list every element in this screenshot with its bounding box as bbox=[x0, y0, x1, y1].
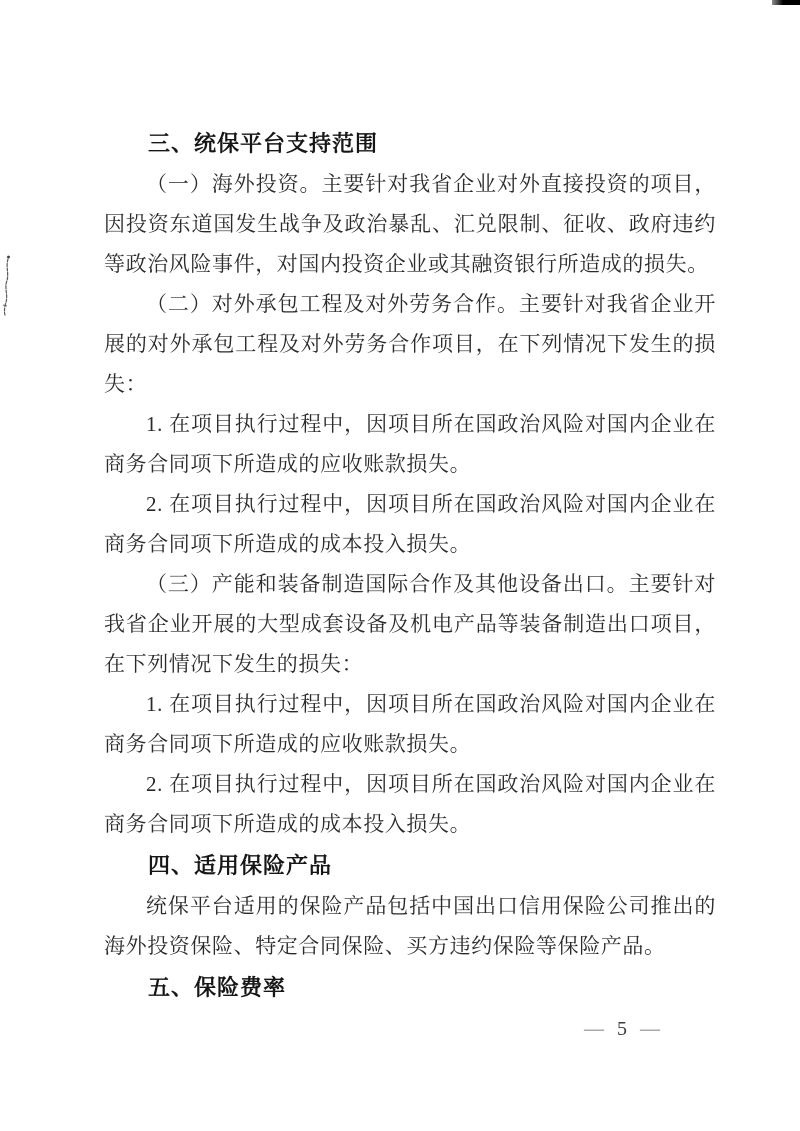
scan-artifact-pen-squiggle bbox=[1, 254, 15, 318]
section-heading-scope: 三、统保平台支持范围 bbox=[104, 124, 716, 164]
paragraph-insurance-products: 统保平台适用的保险产品包括中国出口信用保险公司推出的海外投资保险、特定合同保险、… bbox=[104, 886, 716, 966]
document-content: 三、统保平台支持范围 （一）海外投资。主要针对我省企业对外直接投资的项目，因投资… bbox=[104, 124, 716, 1008]
page-number-dash-left: — bbox=[584, 1020, 604, 1038]
paragraph-overseas-investment: （一）海外投资。主要针对我省企业对外直接投资的项目，因投资东道国发生战争及政治暴… bbox=[104, 164, 716, 284]
section-heading-insurance-products: 四、适用保险产品 bbox=[104, 846, 716, 886]
page-number-dash-right: — bbox=[640, 1020, 660, 1038]
list-item-equipment-1: 1. 在项目执行过程中，因项目所在国政治风险对国内企业在商务合同项下所造成的应收… bbox=[104, 684, 716, 764]
list-item-equipment-2: 2. 在项目执行过程中，因项目所在国政治风险对国内企业在商务合同项下所造成的成本… bbox=[104, 764, 716, 844]
paragraph-contracting-labor: （二）对外承包工程及对外劳务合作。主要针对我省企业开展的对外承包工程及对外劳务合… bbox=[104, 284, 716, 404]
section-heading-insurance-rates: 五、保险费率 bbox=[104, 968, 716, 1008]
list-item-contracting-1: 1. 在项目执行过程中，因项目所在国政治风险对国内企业在商务合同项下所造成的应收… bbox=[104, 404, 716, 484]
scan-artifact-corner-bar bbox=[772, 0, 800, 5]
paragraph-equipment-export: （三）产能和装备制造国际合作及其他设备出口。主要针对我省企业开展的大型成套设备及… bbox=[104, 564, 716, 684]
page-number: — 5 — bbox=[584, 1018, 660, 1041]
page-number-value: 5 bbox=[617, 1018, 627, 1041]
list-item-contracting-2: 2. 在项目执行过程中，因项目所在国政治风险对国内企业在商务合同项下所造成的成本… bbox=[104, 484, 716, 564]
scanned-document-page: 三、统保平台支持范围 （一）海外投资。主要针对我省企业对外直接投资的项目，因投资… bbox=[0, 0, 800, 1131]
